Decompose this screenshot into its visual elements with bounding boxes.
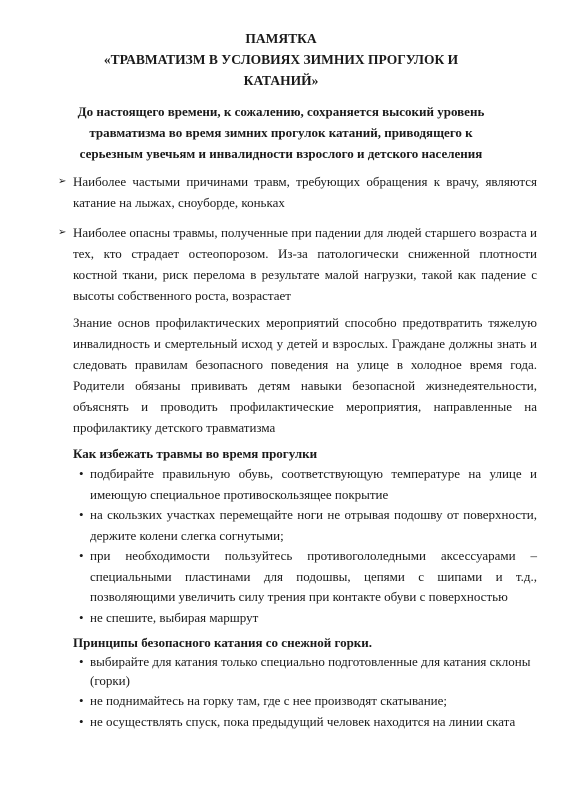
list-item: ➢ Наиболее опасны травмы, полученные при… [58, 222, 537, 306]
list-item-text: не осуществлять спуск, пока предыдущий ч… [90, 713, 537, 732]
list-item: • выбирайте для катания только специальн… [73, 653, 537, 690]
walk-tips-list: • подбирайте правильную обувь, соответст… [73, 464, 537, 628]
list-item: • при необходимости пользуйтесь противог… [73, 546, 537, 608]
lead-paragraph: До настоящего времени, к сожалению, сохр… [73, 101, 489, 164]
list-item-text: Наиболее опасны травмы, полученные при п… [73, 222, 537, 306]
section-heading-sledding: Принципы безопасного катания со снежной … [73, 632, 537, 653]
dot-bullet-icon: • [79, 546, 90, 608]
document-title-block: ПАМЯТКА «ТРАВМАТИЗМ В УСЛОВИЯХ ЗИМНИХ ПР… [73, 28, 489, 91]
dot-bullet-icon: • [79, 692, 90, 711]
document-title: ПАМЯТКА [73, 28, 489, 49]
document-subtitle: «ТРАВМАТИЗМ В УСЛОВИЯХ ЗИМНИХ ПРОГУЛОК И… [73, 49, 489, 91]
document-page: ПАМЯТКА «ТРАВМАТИЗМ В УСЛОВИЯХ ЗИМНИХ ПР… [0, 0, 566, 800]
dot-bullet-icon: • [79, 608, 90, 629]
list-item-text: выбирайте для катания только специально … [90, 653, 537, 690]
list-item-text: не спешите, выбирая маршрут [90, 608, 537, 629]
list-item: ➢ Наиболее частыми причинами травм, треб… [58, 171, 537, 213]
list-item-text: не поднимайтесь на горку там, где с нее … [90, 692, 537, 711]
list-item-text: при необходимости пользуйтесь противогол… [90, 546, 537, 608]
body-paragraph: Знание основ профилактических мероприяти… [73, 312, 537, 438]
list-item-text: на скользких участках перемещайте ноги н… [90, 505, 537, 546]
list-item-text: подбирайте правильную обувь, соответству… [90, 464, 537, 505]
dot-bullet-icon: • [79, 713, 90, 732]
list-item: • подбирайте правильную обувь, соответст… [73, 464, 537, 505]
list-item: • не осуществлять спуск, пока предыдущий… [73, 713, 537, 732]
dot-bullet-icon: • [79, 464, 90, 505]
list-item: • не спешите, выбирая маршрут [73, 608, 537, 629]
arrow-bullet-icon: ➢ [58, 222, 73, 306]
list-item: • на скользких участках перемещайте ноги… [73, 505, 537, 546]
dot-bullet-icon: • [79, 653, 90, 690]
dot-bullet-icon: • [79, 505, 90, 546]
section-heading-walk: Как избежать травмы во время прогулки [73, 443, 537, 464]
key-points-list: ➢ Наиболее частыми причинами травм, треб… [73, 171, 537, 306]
list-item-text: Наиболее частыми причинами травм, требую… [73, 171, 537, 213]
sledding-rules-list: • выбирайте для катания только специальн… [73, 653, 537, 731]
list-item: • не поднимайтесь на горку там, где с не… [73, 692, 537, 711]
arrow-bullet-icon: ➢ [58, 171, 73, 213]
